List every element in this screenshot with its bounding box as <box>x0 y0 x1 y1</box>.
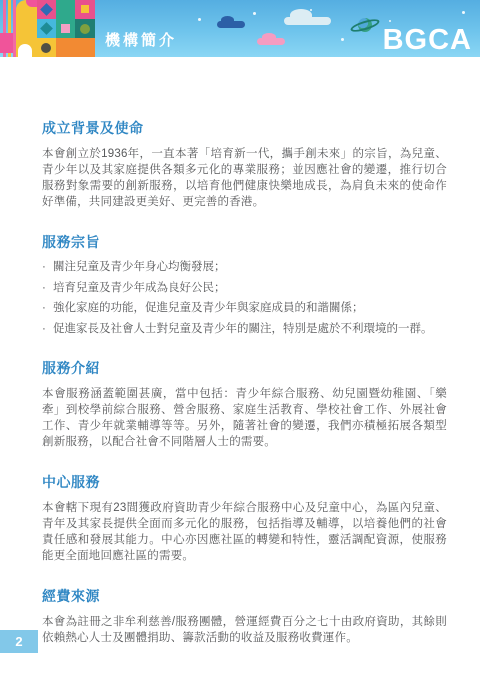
section-funding: 經費來源 本會為註冊之非牟利慈善/服務團體，營運經費百分之七十由政府資助，其餘則… <box>42 586 447 646</box>
star-icon <box>341 38 344 41</box>
section-heading: 中心服務 <box>42 472 447 492</box>
section-objectives: 服務宗旨 · 關注兒童及青少年身心均衡發展； · 培育兒童及青少年成為良好公民；… <box>42 232 447 336</box>
mosaic-tile <box>56 0 75 19</box>
section-body: 本會服務涵蓋範圍甚廣，當中包括：青少年綜合服務、幼兒園暨幼稚園、「樂牽」到校學前… <box>42 386 447 450</box>
section-heading: 成立背景及使命 <box>42 118 447 138</box>
list-item: · 強化家庭的功能，促進兒童及青少年與家庭成員的和諧關係； <box>42 301 447 315</box>
page-number: 2 <box>15 634 22 649</box>
page-header: 機構簡介 BGCA <box>0 0 480 57</box>
list-item-text: 關注兒童及青少年身心均衡發展； <box>53 260 226 274</box>
list-item: · 促進家長及社會人士對兒童及青少年的關注，特別是處於不利環境的一群。 <box>42 322 447 336</box>
section-body: 本會創立於1936年，一直本著「培育新一代，攜手創未來」的宗旨，為兒童、青少年以… <box>42 146 447 210</box>
section-services-intro: 服務介紹 本會服務涵蓋範圍甚廣，當中包括：青少年綜合服務、幼兒園暨幼稚園、「樂牽… <box>42 358 447 450</box>
document-page: 機構簡介 BGCA 成立背景及使命 本會創立於1936年，一直本著「培育新一代，… <box>0 0 480 681</box>
bullet-marker: · <box>42 281 53 295</box>
cloud-icon <box>217 21 245 28</box>
bgca-logo: BGCA <box>383 24 472 57</box>
list-item-text: 促進家長及社會人士對兒童及青少年的關注，特別是處於不利環境的一群。 <box>53 322 433 336</box>
section-heading: 服務宗旨 <box>42 232 447 252</box>
section-body: 本會轄下現有23間獲政府資助青少年綜合服務中心及兒童中心，為區內兒童、青年及其家… <box>42 500 447 564</box>
page-content: 成立背景及使命 本會創立於1936年，一直本著「培育新一代，攜手創未來」的宗旨，… <box>0 57 480 668</box>
mosaic-tile <box>56 38 95 57</box>
square-icon <box>81 5 89 13</box>
list-item: · 培育兒童及青少年成為良好公民； <box>42 281 447 295</box>
section-heading: 服務介紹 <box>42 358 447 378</box>
page-title: 機構簡介 <box>105 29 177 50</box>
list-item-text: 強化家庭的功能，促進兒童及青少年與家庭成員的和諧關係； <box>53 301 364 315</box>
objectives-list: · 關注兒童及青少年身心均衡發展； · 培育兒童及青少年成為良好公民； · 強化… <box>42 260 447 336</box>
list-item: · 關注兒童及青少年身心均衡發展； <box>42 260 447 274</box>
page-number-badge: 2 <box>0 630 38 653</box>
star-icon <box>462 11 465 14</box>
square-decoration <box>0 33 13 53</box>
star-icon <box>389 20 391 22</box>
list-item-text: 培育兒童及青少年成為良好公民； <box>53 281 226 295</box>
saturn-icon <box>350 16 380 36</box>
circle-icon <box>41 43 51 53</box>
circle-icon <box>80 24 90 34</box>
star-icon <box>198 18 201 21</box>
section-founding: 成立背景及使命 本會創立於1936年，一直本著「培育新一代，攜手創未來」的宗旨，… <box>42 118 447 210</box>
star-icon <box>253 12 256 15</box>
arch-decoration <box>26 0 37 7</box>
mosaic-decoration <box>0 0 95 57</box>
bullet-marker: · <box>42 301 53 315</box>
bullet-marker: · <box>42 260 53 274</box>
section-heading: 經費來源 <box>42 586 447 606</box>
square-icon <box>61 24 70 33</box>
section-centre-services: 中心服務 本會轄下現有23間獲政府資助青少年綜合服務中心及兒童中心，為區內兒童、… <box>42 472 447 564</box>
section-body: 本會為註冊之非牟利慈善/服務團體，營運經費百分之七十由政府資助，其餘則依賴熱心人… <box>42 614 447 646</box>
cloud-icon <box>284 17 331 25</box>
star-icon <box>310 9 312 11</box>
arch-decoration <box>18 44 32 57</box>
bullet-marker: · <box>42 322 53 336</box>
cloud-icon <box>257 38 285 45</box>
